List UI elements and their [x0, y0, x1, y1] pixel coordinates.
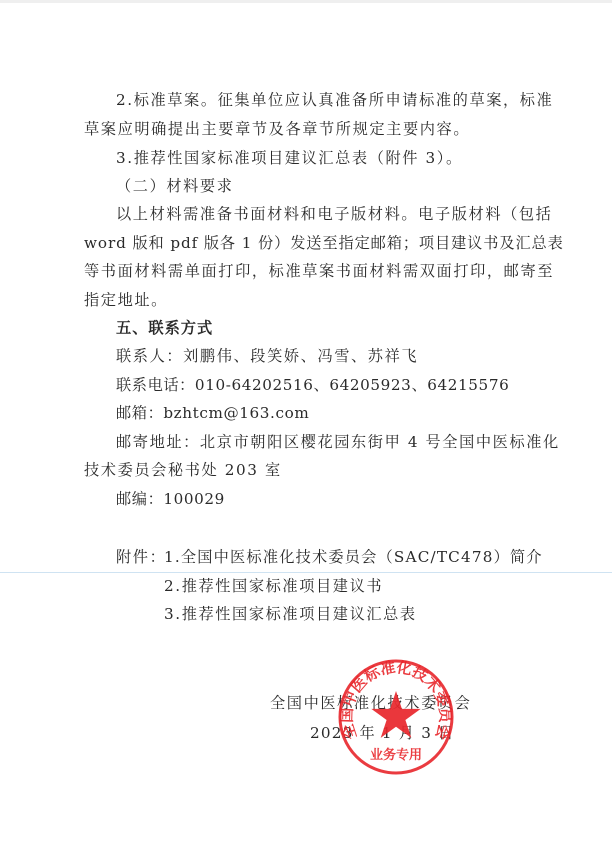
- page-top-edge: [0, 0, 612, 3]
- paragraph-line: 等书面材料需单面打印，标准草案书面材料需双面打印，邮寄至: [84, 261, 554, 281]
- paragraph-line: 2.标准草案。征集单位应认真准备所申请标准的草案，标准: [116, 90, 553, 110]
- contact-persons: 联系人：刘鹏伟、段笑娇、冯雪、苏祥飞: [116, 346, 418, 366]
- seal-bottom-text: 业务专用: [370, 747, 422, 763]
- paragraph-line: 指定地址。: [84, 290, 168, 310]
- attachment-item: 3.推荐性国家标准项目建议汇总表: [164, 604, 417, 624]
- paragraph-line: 3.推荐性国家标准项目建议汇总表（附件 3）。: [116, 148, 463, 168]
- contact-address-line2: 技术委员会秘书处 203 室: [84, 460, 282, 480]
- contact-address-line1: 邮寄地址：北京市朝阳区樱花园东街甲 4 号全国中医标准化: [116, 432, 560, 452]
- paragraph-line: 草案应明确提出主要章节及各章节所规定主要内容。: [84, 119, 470, 139]
- contact-email: 邮箱：bzhtcm@163.com: [116, 403, 309, 423]
- attachments-label: 附件：: [116, 547, 166, 567]
- attachment-item: 2.推荐性国家标准项目建议书: [164, 576, 383, 596]
- contact-phone: 联系电话：010-64202516、64205923、64215576: [116, 375, 509, 395]
- paragraph-line: word 版和 pdf 版各 1 份）发送至指定邮箱；项目建议书及汇总表: [84, 233, 564, 253]
- attachment-item: 1.全国中医标准化技术委员会（SAC/TC478）简介: [164, 547, 543, 567]
- paragraph-line: 以上材料需准备书面材料和电子版材料。电子版材料（包括: [116, 204, 552, 224]
- contact-postcode: 邮编：100029: [116, 489, 225, 509]
- page-divider: [0, 572, 612, 573]
- official-seal-icon: 全国中医标准化技术委员会 业务专用: [336, 657, 456, 777]
- contact-heading: 五、联系方式: [116, 318, 213, 338]
- section-subheading: （二）材料要求: [116, 176, 234, 196]
